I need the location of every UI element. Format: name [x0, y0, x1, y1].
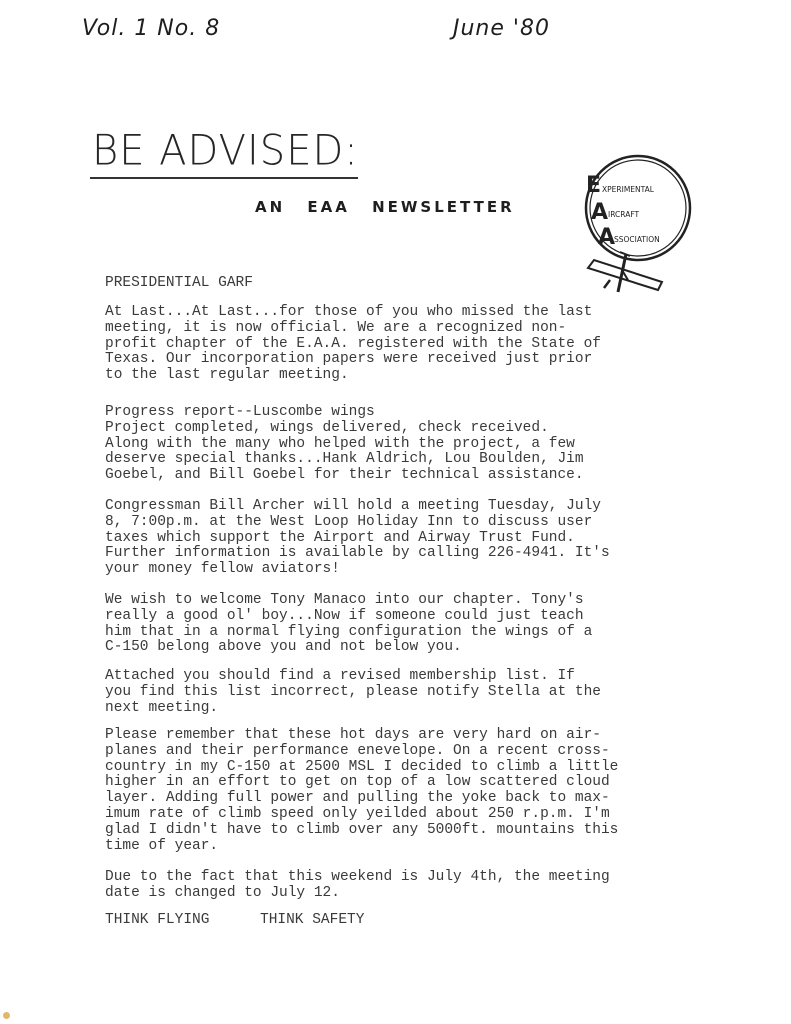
paragraph-luscombe-wings: Progress report--Luscombe wings Project … — [105, 405, 665, 484]
paragraph-congressman-meeting: Congressman Bill Archer will hold a meet… — [105, 499, 665, 578]
newsletter-subtitle: AN EAA NEWSLETTER — [255, 198, 515, 216]
paragraph-incorporation: At Last...At Last...for those of you who… — [105, 305, 665, 384]
logo-word-aircraft: IRCRAFT — [608, 210, 640, 219]
logo-initial-a2: A — [598, 225, 615, 250]
slogan-think-flying: THINK FLYING — [105, 913, 260, 929]
logo-initial-e: E — [586, 173, 601, 198]
title-underline — [90, 177, 358, 179]
logo-word-experimental: XPERIMENTAL — [602, 185, 655, 194]
logo-initial-a1: A — [591, 200, 608, 225]
paragraph-hot-days: Please remember that these hot days are … — [105, 728, 665, 854]
section-heading: PRESIDENTIAL GARF — [105, 276, 665, 292]
paragraph-membership-list: Attached you should find a revised membe… — [105, 669, 665, 716]
issue-date: June '80 — [453, 16, 550, 41]
slogan-think-safety: THINK SAFETY — [260, 912, 364, 928]
paragraph-welcome-member: We wish to welcome Tony Manaco into our … — [105, 593, 665, 656]
paper-stain — [3, 1012, 10, 1019]
closing-slogans: THINK FLYINGTHINK SAFETY — [105, 913, 665, 929]
logo-word-association: SSOCIATION — [614, 235, 660, 244]
newsletter-title: BE ADVISED: — [92, 127, 359, 175]
volume-number: Vol. 1 No. 8 — [82, 16, 220, 41]
paragraph-meeting-date: Due to the fact that this weekend is Jul… — [105, 870, 665, 902]
